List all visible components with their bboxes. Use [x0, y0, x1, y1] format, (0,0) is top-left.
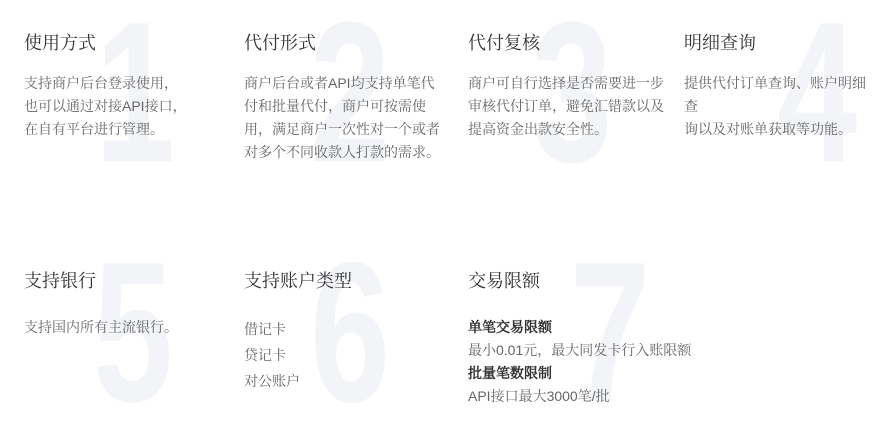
limit-group-single: 单笔交易限额 最小0.01元，最大同发卡行入账限额 [468, 316, 738, 362]
limit-value-batch: API接口最大3000笔/批 [468, 385, 738, 408]
feature-usage-method: 1 使用方式 支持商户后台登录使用， 也可以通过对接API接口， 在自有平台进行… [24, 30, 224, 141]
feature-body-payment-review: 商户可自行选择是否需要进一步 审核代付订单，避免汇错款以及 提高资金出款安全性。 [468, 72, 680, 141]
limit-value-single: 最小0.01元，最大同发卡行入账限额 [468, 339, 738, 362]
feature-title-account-types: 支持账户类型 [244, 268, 458, 294]
feature-detail-query: 4 明细查询 提供代付订单查询、账户明细查 询以及对账单获取等功能。 [684, 30, 874, 141]
account-type-item-debit: 借记卡 [244, 316, 458, 342]
feature-title-transaction-limits: 交易限额 [468, 268, 738, 294]
feature-payment-form: 2 代付形式 商户后台或者API均支持单笔代 付和批量代付，商户可按需使 用，满… [244, 30, 458, 164]
feature-body-detail-query: 提供代付订单查询、账户明细查 询以及对账单获取等功能。 [684, 72, 874, 141]
feature-title-payment-form: 代付形式 [244, 30, 458, 56]
feature-body-supported-banks: 支持国内所有主流银行。 [24, 316, 224, 339]
feature-title-detail-query: 明细查询 [684, 30, 874, 56]
features-page: 1 使用方式 支持商户后台登录使用， 也可以通过对接API接口， 在自有平台进行… [0, 0, 880, 428]
feature-title-payment-review: 代付复核 [468, 30, 680, 56]
feature-account-types: 6 支持账户类型 借记卡 贷记卡 对公账户 [244, 268, 458, 394]
feature-payment-review: 3 代付复核 商户可自行选择是否需要进一步 审核代付订单，避免汇错款以及 提高资… [468, 30, 680, 141]
feature-supported-banks: 5 支持银行 支持国内所有主流银行。 [24, 268, 224, 339]
feature-body-payment-form: 商户后台或者API均支持单笔代 付和批量代付，商户可按需使 用，满足商户一次性对… [244, 72, 458, 164]
limit-label-batch: 批量笔数限制 [468, 362, 738, 385]
account-type-list: 借记卡 贷记卡 对公账户 [244, 316, 458, 394]
account-type-item-corporate: 对公账户 [244, 368, 458, 394]
limit-label-single: 单笔交易限额 [468, 316, 738, 339]
limit-group-batch: 批量笔数限制 API接口最大3000笔/批 [468, 362, 738, 408]
account-type-item-credit: 贷记卡 [244, 342, 458, 368]
feature-title-usage-method: 使用方式 [24, 30, 224, 56]
feature-transaction-limits: 7 交易限额 单笔交易限额 最小0.01元，最大同发卡行入账限额 批量笔数限制 … [468, 268, 738, 408]
feature-body-usage-method: 支持商户后台登录使用， 也可以通过对接API接口， 在自有平台进行管理。 [24, 72, 224, 141]
feature-title-supported-banks: 支持银行 [24, 268, 224, 294]
